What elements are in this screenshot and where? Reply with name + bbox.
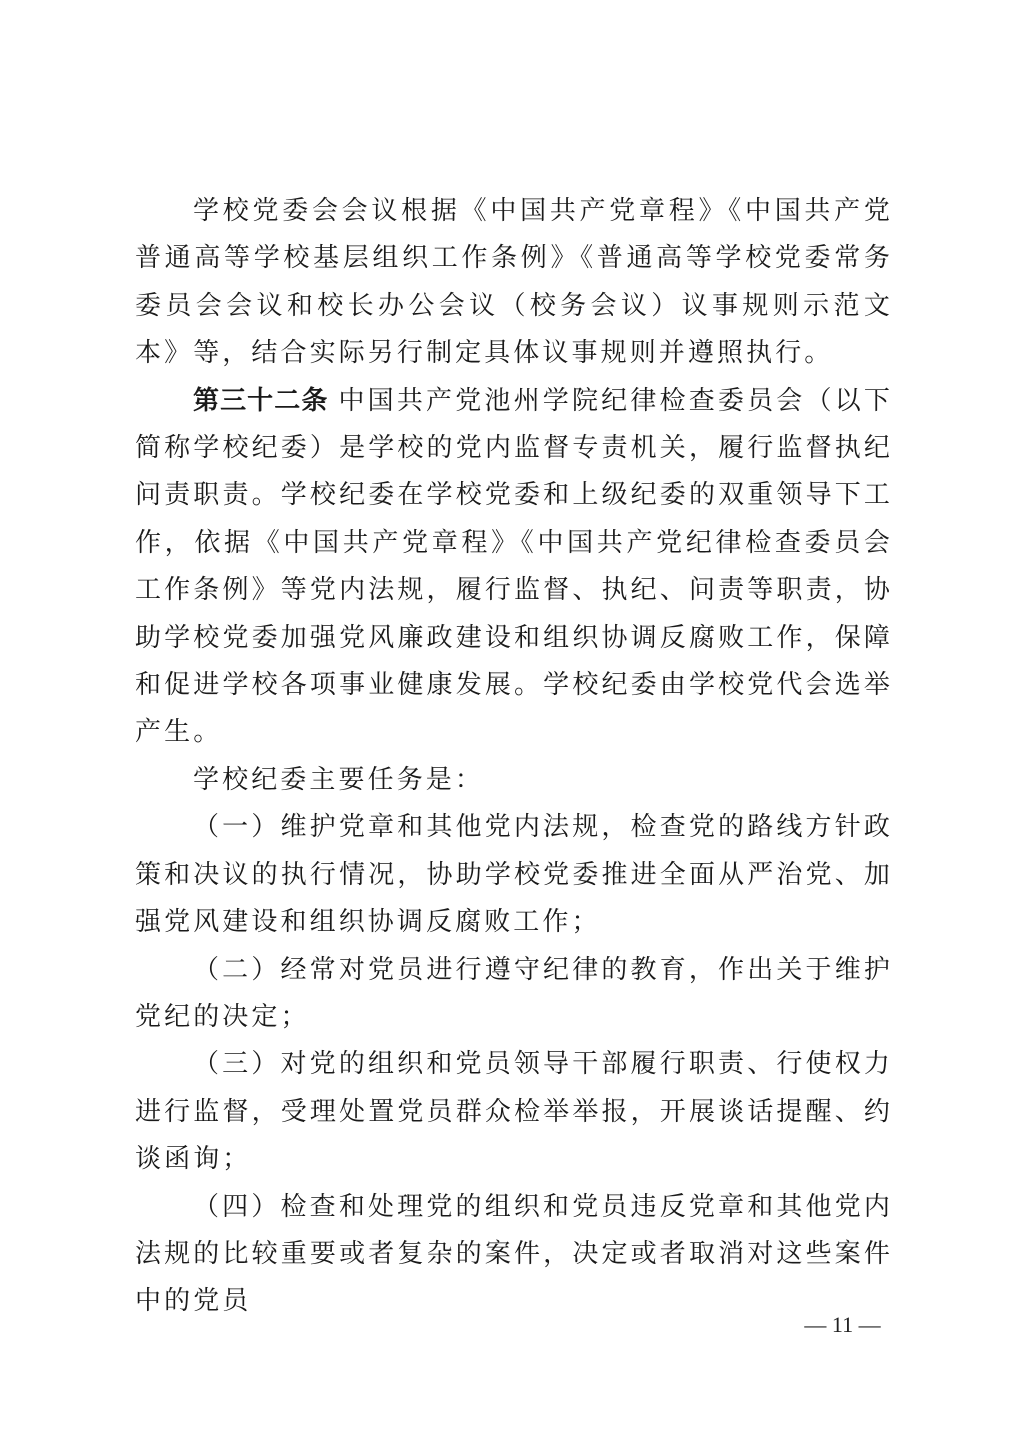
paragraph-main-tasks-intro: 学校纪委主要任务是： (135, 757, 893, 804)
document-body: 学校党委会会议根据《中国共产党章程》《中国共产党普通高等学校基层组织工作条例》《… (135, 188, 893, 1326)
document-page: 学校党委会会议根据《中国共产党章程》《中国共产党普通高等学校基层组织工作条例》《… (0, 0, 1024, 1448)
paragraph-meeting-rules: 学校党委会会议根据《中国共产党章程》《中国共产党普通高等学校基层组织工作条例》《… (135, 188, 893, 378)
page-number: — 11 — (790, 1310, 895, 1340)
list-item-task-4: （四）检查和处理党的组织和党员违反党章和其他党内法规的比较重要或者复杂的案件，决… (135, 1184, 893, 1326)
list-item-task-1: （一）维护党章和其他党内法规，检查党的路线方针政策和决议的执行情况，协助学校党委… (135, 804, 893, 946)
list-item-task-3: （三）对党的组织和党员领导干部履行职责、行使权力进行监督，受理处置党员群众检举举… (135, 1041, 893, 1183)
article-32-text: 中国共产党池州学院纪律检查委员会（以下简称学校纪委）是学校的党内监督专责机关，履… (135, 386, 893, 748)
list-item-task-2: （二）经常对党员进行遵守纪律的教育，作出关于维护党纪的决定； (135, 947, 893, 1042)
article-number: 第三十二条 (193, 386, 328, 416)
paragraph-article-32: 第三十二条中国共产党池州学院纪律检查委员会（以下简称学校纪委）是学校的党内监督专… (135, 378, 893, 757)
